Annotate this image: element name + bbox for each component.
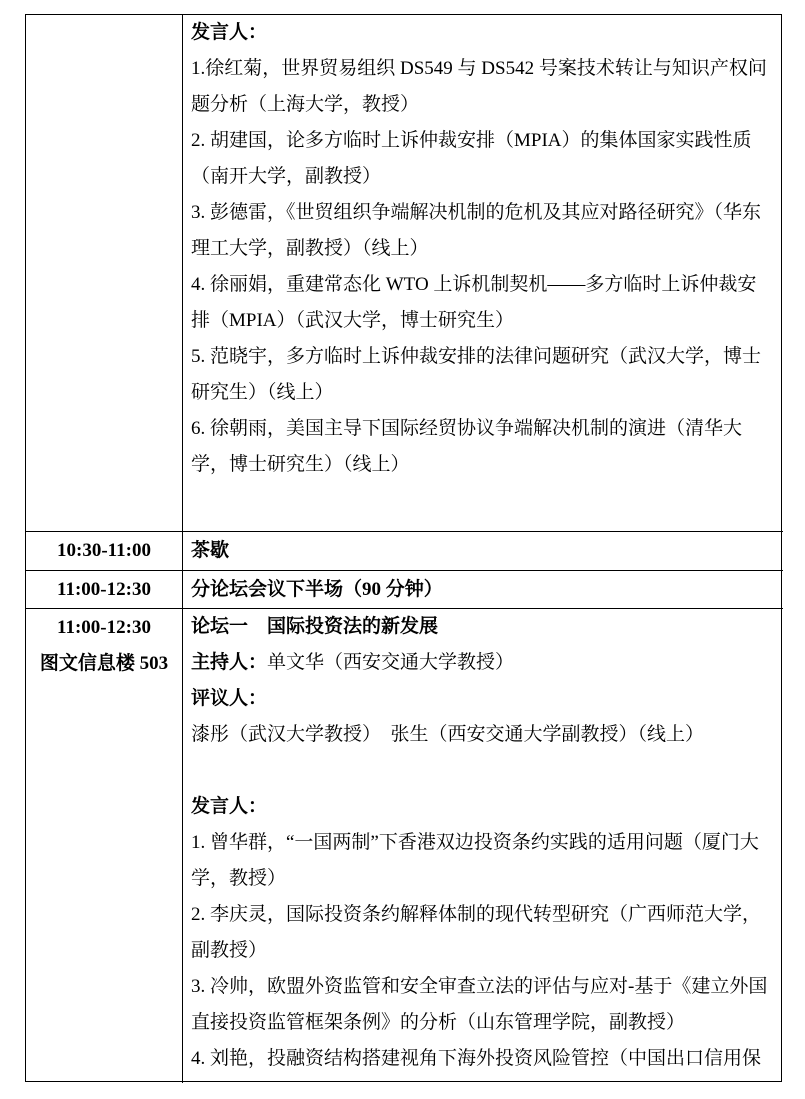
forum-one-time: 11:00-12:30 [26,610,182,646]
speaker-item: 5. 范晓宇，多方临时上诉仲裁安排的法律问题研究（武汉大学，博士研究生）（线上） [191,339,773,411]
speakers-continued-cell: 发言人： 1.徐红菊，世界贸易组织 DS549 与 DS542 号案技术转让与知… [183,15,783,532]
tea-break-title: 茶歇 [183,532,783,571]
commentators-label: 评议人： [191,688,267,709]
schedule-table: 发言人： 1.徐红菊，世界贸易组织 DS549 与 DS542 号案技术转让与知… [25,14,782,1082]
forum-one-title: 论坛一 国际投资法的新发展 [191,609,773,645]
speaker-item: 4. 刘艳，投融资结构搭建视角下海外投资风险管控（中国出口信用保 [191,1041,773,1077]
second-half-title: 分论坛会议下半场（90 分钟） [183,571,783,609]
blank-line [191,753,773,789]
host-line: 主持人：单文华（西安交通大学教授） [191,645,773,681]
speaker-item: 1.徐红菊，世界贸易组织 DS549 与 DS542 号案技术转让与知识产权问题… [191,51,773,123]
time-cell-empty [26,15,183,532]
document-page: 发言人： 1.徐红菊，世界贸易组织 DS549 与 DS542 号案技术转让与知… [0,0,805,1099]
host-name: 单文华（西安交通大学教授） [267,652,514,673]
speakers-heading: 发言人： [191,15,773,51]
speaker-item: 2. 李庆灵，国际投资条约解释体制的现代转型研究（广西师范大学，副教授） [191,897,773,969]
speaker-item: 3. 冷帅，欧盟外资监管和安全审查立法的评估与应对-基于《建立外国直接投资监管框… [191,969,773,1041]
second-half-time: 11:00-12:30 [26,571,183,609]
speaker-item: 3. 彭德雷，《世贸组织争端解决机制的危机及其应对路径研究》（华东理工大学，副教… [191,195,773,267]
speakers-heading: 发言人： [191,789,773,825]
forum-one-location: 图文信息楼 503 [26,646,182,682]
commentators-line: 评议人：漆彤（武汉大学教授） 张生（西安交通大学副教授）（线上） [191,681,773,753]
commentators-names: 漆彤（武汉大学教授） 张生（西安交通大学副教授）（线上） [191,724,704,745]
forum-one-time-cell: 11:00-12:30 图文信息楼 503 [26,609,183,1083]
speaker-item: 1. 曾华群，“一国两制”下香港双边投资条约实践的适用问题（厦门大学，教授） [191,825,773,897]
host-label: 主持人： [191,652,267,673]
speaker-item: 4. 徐丽娟，重建常态化 WTO 上诉机制契机——多方临时上诉仲裁安排（MPIA… [191,267,773,339]
tea-break-time: 10:30-11:00 [26,532,183,571]
speaker-item: 6. 徐朝雨，美国主导下国际经贸协议争端解决机制的演进（清华大学，博士研究生）（… [191,411,773,483]
forum-one-content-cell: 论坛一 国际投资法的新发展 主持人：单文华（西安交通大学教授） 评议人：漆彤（武… [183,609,783,1083]
speaker-item: 2. 胡建国，论多方临时上诉仲裁安排（MPIA）的集体国家实践性质（南开大学，副… [191,123,773,195]
